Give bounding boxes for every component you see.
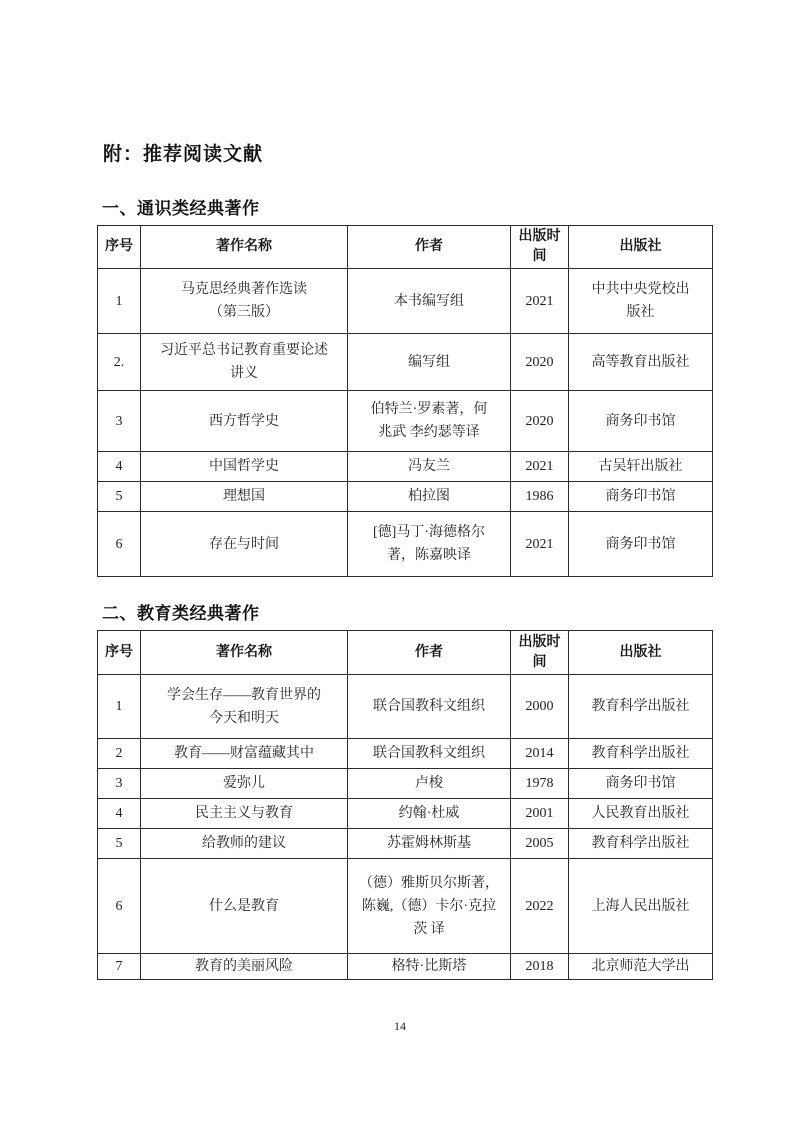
cell-year: 2021 [511, 452, 569, 482]
cell-title: 学会生存——教育世界的 今天和明天 [141, 675, 348, 739]
cell-title: 教育——财富蕴藏其中 [141, 739, 348, 769]
cell-year: 2020 [511, 334, 569, 391]
column-header-cell-title: 著作名称 [141, 631, 348, 675]
cell-publisher: 古吴轩出版社 [569, 452, 713, 482]
header-row: 序号著作名称作者出版时间出版社 [98, 631, 713, 675]
cell-index: 4 [98, 452, 141, 482]
page-title: 附：推荐阅读文献 [103, 143, 715, 167]
cell-author: 柏拉图 [348, 482, 511, 512]
cell-year: 2021 [511, 269, 569, 334]
cell-index: 5 [98, 829, 141, 859]
cell-index: 3 [98, 769, 141, 799]
table-row: 6存在与时间[德]马丁·海德格尔 著，陈嘉映译2021商务印书馆 [98, 512, 713, 577]
column-header-cell-index: 序号 [98, 631, 141, 675]
table-row: 4中国哲学史冯友兰2021古吴轩出版社 [98, 452, 713, 482]
education-classics-table: 序号著作名称作者出版时间出版社1学会生存——教育世界的 今天和明天联合国教科文组… [97, 630, 713, 980]
table-row: 7教育的美丽风险格特·比斯塔2018北京师范大学出 [98, 954, 713, 980]
column-header-cell-year: 出版时间 [511, 226, 569, 269]
table-row: 5给教师的建议苏霍姆林斯基2005教育科学出版社 [98, 829, 713, 859]
cell-title: 什么是教育 [141, 859, 348, 954]
cell-author: 编写组 [348, 334, 511, 391]
cell-title: 教育的美丽风险 [141, 954, 348, 980]
table-row: 1马克思经典著作选读 （第三版）本书编写组2021中共中央党校出 版社 [98, 269, 713, 334]
cell-title: 民主主义与教育 [141, 799, 348, 829]
cell-publisher: 商务印书馆 [569, 482, 713, 512]
cell-publisher: 上海人民出版社 [569, 859, 713, 954]
cell-year: 2020 [511, 391, 569, 452]
cell-author: 联合国教科文组织 [348, 739, 511, 769]
cell-publisher: 北京师范大学出 [569, 954, 713, 980]
cell-author: [德]马丁·海德格尔 著，陈嘉映译 [348, 512, 511, 577]
cell-year: 1978 [511, 769, 569, 799]
cell-title: 西方哲学史 [141, 391, 348, 452]
cell-publisher: 商务印书馆 [569, 769, 713, 799]
cell-index: 3 [98, 391, 141, 452]
cell-index: 1 [98, 269, 141, 334]
column-header-cell-publisher: 出版社 [569, 226, 713, 269]
cell-publisher: 人民教育出版社 [569, 799, 713, 829]
cell-publisher: 商务印书馆 [569, 391, 713, 452]
table-row: 3西方哲学史伯特兰·罗素著，何 兆武 李约瑟等译2020商务印书馆 [98, 391, 713, 452]
column-header-cell-publisher: 出版社 [569, 631, 713, 675]
cell-title: 给教师的建议 [141, 829, 348, 859]
cell-author: 卢梭 [348, 769, 511, 799]
table-row: 1学会生存——教育世界的 今天和明天联合国教科文组织2000教育科学出版社 [98, 675, 713, 739]
cell-publisher: 教育科学出版社 [569, 739, 713, 769]
general-classics-table: 序号著作名称作者出版时间出版社1马克思经典著作选读 （第三版）本书编写组2021… [97, 225, 713, 577]
table-row: 3爱弥儿卢梭1978商务印书馆 [98, 769, 713, 799]
document-page: 附：推荐阅读文献 一、通识类经典著作 序号著作名称作者出版时间出版社1马克思经典… [97, 0, 715, 980]
cell-publisher: 中共中央党校出 版社 [569, 269, 713, 334]
cell-year: 2001 [511, 799, 569, 829]
cell-year: 2000 [511, 675, 569, 739]
cell-year: 2005 [511, 829, 569, 859]
table-row: 4民主主义与教育约翰·杜威2001人民教育出版社 [98, 799, 713, 829]
cell-author: 联合国教科文组织 [348, 675, 511, 739]
table-row: 2教育——财富蕴藏其中联合国教科文组织2014教育科学出版社 [98, 739, 713, 769]
column-header-cell-author: 作者 [348, 226, 511, 269]
cell-index: 2. [98, 334, 141, 391]
table-row: 2.习近平总书记教育重要论述 讲义编写组2020高等教育出版社 [98, 334, 713, 391]
section-heading-general-classics: 一、通识类经典著作 [102, 198, 715, 220]
table-row: 6什么是教育（德）雅斯贝尔斯著， 陈巍,（德）卡尔·克拉 茨 译2022上海人民… [98, 859, 713, 954]
section-heading-education-classics: 二、教育类经典著作 [102, 603, 715, 625]
cell-year: 2021 [511, 512, 569, 577]
column-header-cell-index: 序号 [98, 226, 141, 269]
cell-author: 苏霍姆林斯基 [348, 829, 511, 859]
cell-index: 2 [98, 739, 141, 769]
cell-year: 1986 [511, 482, 569, 512]
cell-title: 理想国 [141, 482, 348, 512]
cell-publisher: 商务印书馆 [569, 512, 713, 577]
cell-author: 格特·比斯塔 [348, 954, 511, 980]
cell-index: 6 [98, 859, 141, 954]
cell-year: 2014 [511, 739, 569, 769]
cell-author: 约翰·杜威 [348, 799, 511, 829]
cell-index: 1 [98, 675, 141, 739]
header-row: 序号著作名称作者出版时间出版社 [98, 226, 713, 269]
cell-author: 本书编写组 [348, 269, 511, 334]
cell-title: 中国哲学史 [141, 452, 348, 482]
cell-author: 冯友兰 [348, 452, 511, 482]
cell-title: 习近平总书记教育重要论述 讲义 [141, 334, 348, 391]
cell-index: 6 [98, 512, 141, 577]
cell-author: （德）雅斯贝尔斯著， 陈巍,（德）卡尔·克拉 茨 译 [348, 859, 511, 954]
table-row: 5理想国柏拉图1986商务印书馆 [98, 482, 713, 512]
page-number: 14 [0, 1019, 800, 1034]
column-header-cell-year: 出版时间 [511, 631, 569, 675]
cell-author: 伯特兰·罗素著，何 兆武 李约瑟等译 [348, 391, 511, 452]
section-general-classics: 一、通识类经典著作 序号著作名称作者出版时间出版社1马克思经典著作选读 （第三版… [97, 198, 715, 577]
cell-publisher: 教育科学出版社 [569, 675, 713, 739]
section-education-classics: 二、教育类经典著作 序号著作名称作者出版时间出版社1学会生存——教育世界的 今天… [97, 603, 715, 980]
column-header-cell-author: 作者 [348, 631, 511, 675]
column-header-cell-title: 著作名称 [141, 226, 348, 269]
cell-index: 5 [98, 482, 141, 512]
cell-title: 爱弥儿 [141, 769, 348, 799]
cell-index: 4 [98, 799, 141, 829]
cell-year: 2018 [511, 954, 569, 980]
cell-index: 7 [98, 954, 141, 980]
cell-publisher: 教育科学出版社 [569, 829, 713, 859]
cell-year: 2022 [511, 859, 569, 954]
cell-publisher: 高等教育出版社 [569, 334, 713, 391]
cell-title: 马克思经典著作选读 （第三版） [141, 269, 348, 334]
cell-title: 存在与时间 [141, 512, 348, 577]
